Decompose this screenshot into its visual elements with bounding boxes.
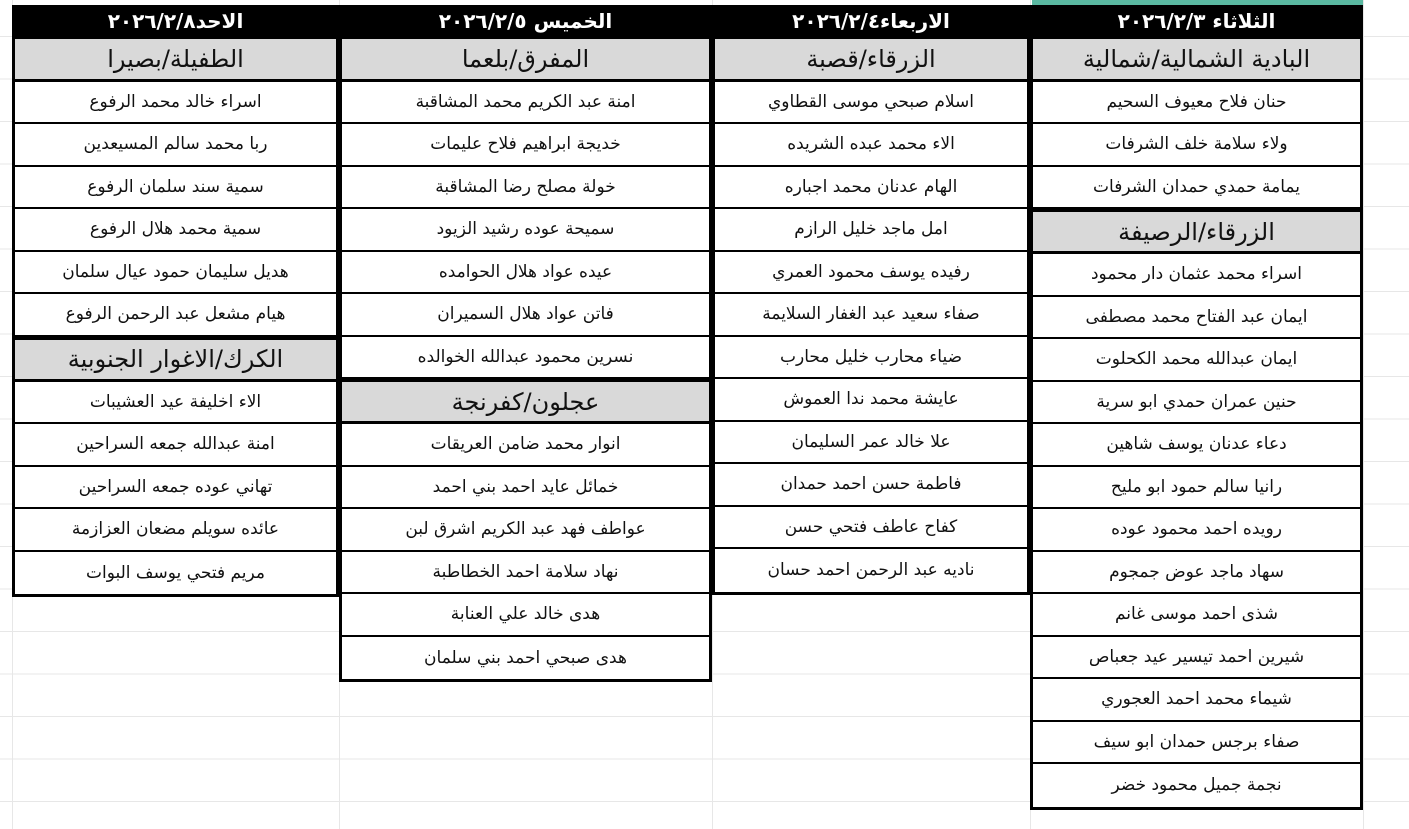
- name-cell[interactable]: نسرين محمود عبدالله الخوالده: [342, 337, 709, 380]
- region-header-cell[interactable]: الزرقاء/قصبة: [715, 39, 1027, 82]
- name-cell[interactable]: صفاء سعيد عبد الغفار السلايمة: [715, 294, 1027, 337]
- name-cell[interactable]: انوار محمد ضامن العريقات: [342, 424, 709, 467]
- name-cell[interactable]: رفيده يوسف محمود العمري: [715, 252, 1027, 295]
- region-header-cell[interactable]: الكرك/الاغوار الجنوبية: [15, 337, 336, 382]
- name-cell[interactable]: خولة مصلح رضا المشاقبة: [342, 167, 709, 210]
- name-cell[interactable]: شذى احمد موسى غانم: [1033, 594, 1360, 637]
- name-cell[interactable]: حنان فلاح معيوف السحيم: [1033, 82, 1360, 125]
- name-cell[interactable]: فاتن عواد هلال السميران: [342, 294, 709, 337]
- name-cell[interactable]: الاء محمد عبده الشريده: [715, 124, 1027, 167]
- name-cell[interactable]: شيماء محمد احمد العجوري: [1033, 679, 1360, 722]
- name-cell[interactable]: رانيا سالم حمود ابو مليح: [1033, 467, 1360, 510]
- name-cell[interactable]: هديل سليمان حمود عيال سلمان: [15, 252, 336, 295]
- name-cell[interactable]: عواطف فهد عبد الكريم اشرق لبن: [342, 509, 709, 552]
- day-column: المفرق/بلعماامنة عبد الكريم محمد المشاقب…: [339, 36, 712, 682]
- name-cell[interactable]: يمامة حمدي حمدان الشرفات: [1033, 167, 1360, 210]
- name-cell[interactable]: هدى صبحي احمد بني سلمان: [342, 637, 709, 680]
- name-cell[interactable]: علا خالد عمر السليمان: [715, 422, 1027, 465]
- name-cell[interactable]: ربا محمد سالم المسيعدين: [15, 124, 336, 167]
- name-cell[interactable]: سميحة عوده رشيد الزيود: [342, 209, 709, 252]
- region-header-cell[interactable]: الطفيلة/بصيرا: [15, 39, 336, 82]
- name-cell[interactable]: سمية محمد هلال الرفوع: [15, 209, 336, 252]
- gridline-vertical: [1363, 0, 1364, 829]
- name-cell[interactable]: عيده عواد هلال الحوامده: [342, 252, 709, 295]
- name-cell[interactable]: صفاء برجس حمدان ابو سيف: [1033, 722, 1360, 765]
- name-cell[interactable]: ايمان عبد الفتاح محمد مصطفى: [1033, 297, 1360, 340]
- name-cell[interactable]: هدى خالد علي العنابة: [342, 594, 709, 637]
- name-cell[interactable]: امنة عبدالله جمعه السراحين: [15, 424, 336, 467]
- name-cell[interactable]: امل ماجد خليل الرازم: [715, 209, 1027, 252]
- date-header-bar: الثلاثاء ٢٠٢٦/٢/٣الاربعاء٢٠٢٦/٢/٤الخميس …: [12, 5, 1363, 36]
- name-cell[interactable]: حنين عمران حمدي ابو سرية: [1033, 382, 1360, 425]
- day-column: الطفيلة/بصيرااسراء خالد محمد الرفوعربا م…: [12, 36, 339, 597]
- name-cell[interactable]: ايمان عبدالله محمد الكحلوت: [1033, 339, 1360, 382]
- name-cell[interactable]: الاء اخليفة عيد العشيبات: [15, 382, 336, 425]
- name-cell[interactable]: هيام مشعل عبد الرحمن الرفوع: [15, 294, 336, 337]
- name-cell[interactable]: عايشة محمد ندا العموش: [715, 379, 1027, 422]
- region-header-cell[interactable]: المفرق/بلعما: [342, 39, 709, 82]
- date-header-cell[interactable]: الاربعاء٢٠٢٦/٢/٤: [712, 5, 1030, 36]
- name-cell[interactable]: تهاني عوده جمعه السراحين: [15, 467, 336, 510]
- name-cell[interactable]: اسلام صبحي موسى القطاوي: [715, 82, 1027, 125]
- name-cell[interactable]: كفاح عاطف فتحي حسن: [715, 507, 1027, 550]
- day-column: البادية الشمالية/شماليةحنان فلاح معيوف ا…: [1030, 36, 1363, 810]
- region-header-cell[interactable]: البادية الشمالية/شمالية: [1033, 39, 1360, 82]
- region-header-cell[interactable]: الزرقاء/الرصيفة: [1033, 209, 1360, 254]
- name-cell[interactable]: سمية سند سلمان الرفوع: [15, 167, 336, 210]
- date-header-cell[interactable]: الاحد٢٠٢٦/٢/٨: [12, 5, 339, 36]
- name-cell[interactable]: عائده سويلم مضعان العزازمة: [15, 509, 336, 552]
- region-header-cell[interactable]: عجلون/كفرنجة: [342, 379, 709, 424]
- name-cell[interactable]: سهاد ماجد عوض جمجوم: [1033, 552, 1360, 595]
- date-header-cell[interactable]: الثلاثاء ٢٠٢٦/٢/٣: [1030, 5, 1363, 36]
- spreadsheet-sheet: الثلاثاء ٢٠٢٦/٢/٣الاربعاء٢٠٢٦/٢/٤الخميس …: [0, 0, 1409, 829]
- name-cell[interactable]: ضياء محارب خليل محارب: [715, 337, 1027, 380]
- name-cell[interactable]: رويده احمد محمود عوده: [1033, 509, 1360, 552]
- name-cell[interactable]: الهام عدنان محمد اجباره: [715, 167, 1027, 210]
- name-cell[interactable]: اسراء خالد محمد الرفوع: [15, 82, 336, 125]
- name-cell[interactable]: اسراء محمد عثمان دار محمود: [1033, 254, 1360, 297]
- date-header-cell[interactable]: الخميس ٢٠٢٦/٢/٥: [339, 5, 712, 36]
- name-cell[interactable]: خديجة ابراهيم فلاح عليمات: [342, 124, 709, 167]
- name-cell[interactable]: نهاد سلامة احمد الخطاطبة: [342, 552, 709, 595]
- name-cell[interactable]: امنة عبد الكريم محمد المشاقبة: [342, 82, 709, 125]
- name-cell[interactable]: ولاء سلامة خلف الشرفات: [1033, 124, 1360, 167]
- name-cell[interactable]: ناديه عبد الرحمن احمد حسان: [715, 549, 1027, 592]
- name-cell[interactable]: نجمة جميل محمود خضر: [1033, 764, 1360, 807]
- name-cell[interactable]: فاطمة حسن احمد حمدان: [715, 464, 1027, 507]
- name-cell[interactable]: دعاء عدنان يوسف شاهين: [1033, 424, 1360, 467]
- name-cell[interactable]: شيرين احمد تيسير عيد جعباص: [1033, 637, 1360, 680]
- day-column: الزرقاء/قصبةاسلام صبحي موسى القطاويالاء …: [712, 36, 1030, 595]
- name-cell[interactable]: مريم فتحي يوسف البوات: [15, 552, 336, 595]
- name-cell[interactable]: خمائل عايد احمد بني احمد: [342, 467, 709, 510]
